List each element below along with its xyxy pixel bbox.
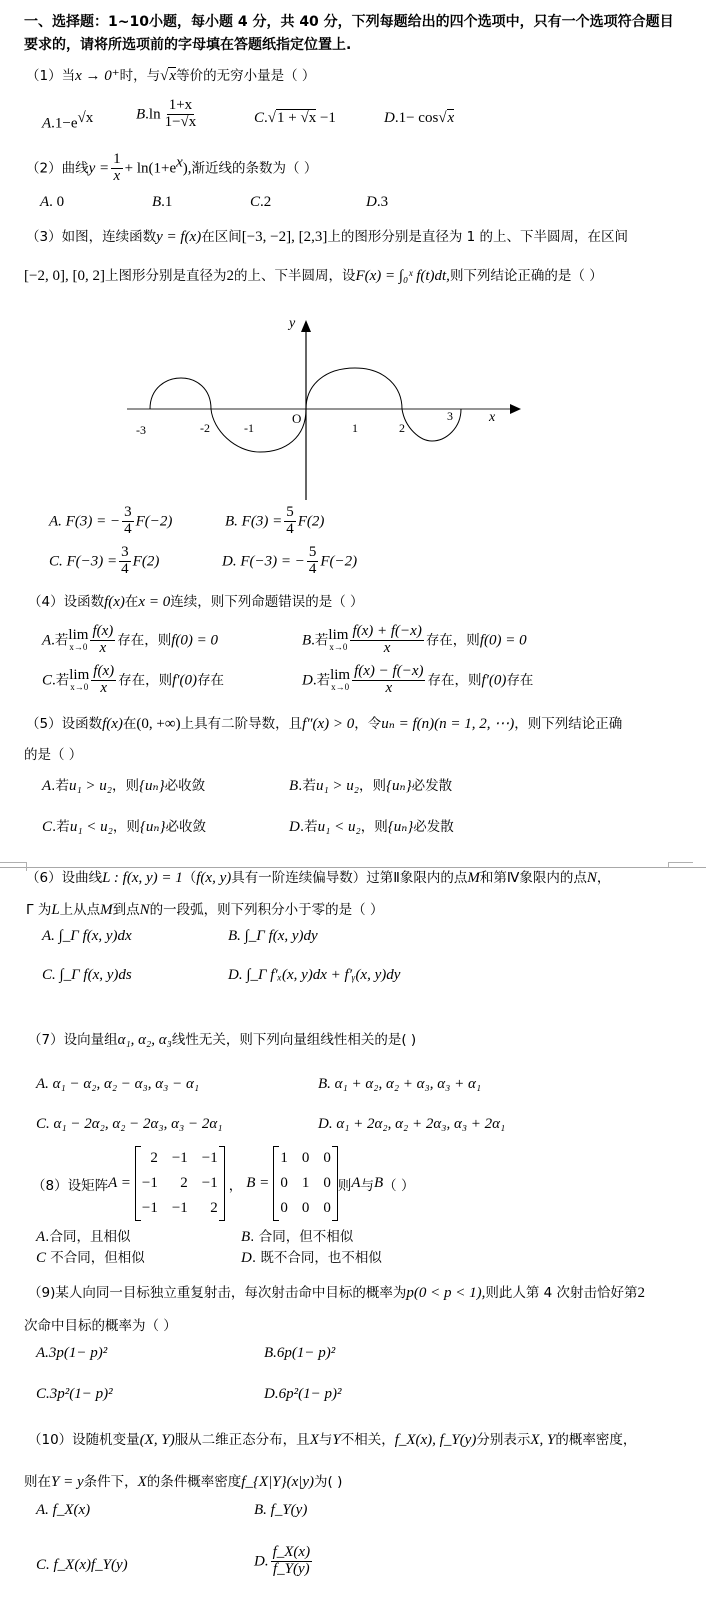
q5-stem-line1: （5）设函数f(x)在(0, +∞)上具有二阶导数，且f″(x) > 0，令uₙ…	[26, 712, 622, 733]
x-axis-arrow-icon	[510, 404, 521, 414]
q9-option-b[interactable]: B.6p(1− p)²	[264, 1345, 335, 1362]
q6-option-a[interactable]: A. ∫_Γ f(x, y)dx	[42, 928, 132, 945]
origin-label: O	[292, 411, 301, 426]
q6-option-c[interactable]: C. ∫_Γ f(x, y)ds	[42, 967, 132, 984]
q6-stem-line1: （6）设曲线L : f(x, y) = 1（f(x, y)具有一阶连续偏导数）过…	[26, 866, 610, 887]
q8-option-d[interactable]: D. 既不合同，也不相似	[241, 1246, 382, 1267]
curve-upper-semicircle-left	[150, 378, 211, 409]
q7-stem: （7）设向量组α₁, α₂, α₃线性无关，则下列向量组线性相关的是( )	[28, 1028, 416, 1049]
q7-option-d[interactable]: D. α₁ + 2α₂, α₂ + 2α₃, α₃ + 2α₁	[318, 1116, 505, 1133]
q10-option-d[interactable]: D.f_X(x)f_Y(y)	[254, 1545, 314, 1578]
tick-label: -1	[244, 421, 254, 435]
x-axis-label: x	[488, 410, 496, 425]
q10-option-c[interactable]: C. f_X(x)f_Y(y)	[36, 1557, 128, 1574]
page-corner-mark-left	[0, 862, 27, 867]
q9-option-c[interactable]: C.3p²(1− p)²	[36, 1386, 113, 1403]
q3-option-a[interactable]: A. F(3) = −34F(−2)	[49, 505, 172, 538]
q8-option-c[interactable]: C 不合同，但相似	[36, 1246, 145, 1267]
q9-stem-line2: 次命中目标的概率为（ ）	[24, 1314, 177, 1334]
q8-stem: （8）设矩阵 A = 2−1−1 −12−1 −1−12 ， B = 100 0…	[32, 1146, 414, 1221]
q10-stem-line2: 则在Y = y条件下，X的条件概率密度f_{X|Y}(x|y)为( )	[24, 1470, 342, 1491]
q7-option-c[interactable]: C. α₁ − 2α₂, α₂ − 2α₃, α₃ − 2α₁	[36, 1116, 222, 1133]
q9-stem-line1: （9)某人向同一目标独立重复射击，每次射击命中目标的概率为p(0 < p < 1…	[28, 1281, 645, 1302]
q4-stem: （4）设函数f(x)在x = 0连续，则下列命题错误的是（ ）	[28, 590, 364, 611]
y-axis-arrow-icon	[301, 320, 311, 332]
q4-option-c[interactable]: C.若limx→0f(x)x存在，则f′(0)存在	[42, 664, 224, 697]
q5-stem-line2: 的是（ ）	[24, 743, 82, 763]
q4-option-b[interactable]: B.若limx→0f(x) + f(−x)x存在，则f(0) = 0	[302, 624, 527, 657]
q3-option-b[interactable]: B. F(3) =54F(2)	[225, 505, 324, 538]
q9-option-d[interactable]: D.6p²(1− p)²	[264, 1386, 341, 1403]
q3-option-c[interactable]: C. F(−3) =34F(2)	[49, 545, 159, 578]
q5-option-b[interactable]: B.若u₁ > u₂，则{uₙ}必发散	[289, 774, 452, 795]
curve-upper-semicircle-right	[306, 368, 402, 409]
q8-option-b[interactable]: B. 合同，但不相似	[241, 1225, 353, 1246]
page-corner-mark-right	[668, 862, 693, 867]
q10-stem-line1: （10）设随机变量(X, Y)服从二维正态分布，且X与Y不相关，f_X(x), …	[28, 1428, 636, 1449]
matrix-b: 100 010 000	[273, 1146, 338, 1221]
q6-option-d[interactable]: D. ∫_Γ f′ₓ(x, y)dx + f′ᵧ(x, y)dy	[228, 967, 400, 984]
q8-option-a[interactable]: A.合同，且相似	[36, 1225, 130, 1246]
tick-label: 3	[447, 409, 453, 423]
y-axis-label: y	[287, 316, 296, 331]
q9-option-a[interactable]: A.3p(1− p)²	[36, 1345, 107, 1362]
q7-option-a[interactable]: A. α₁ − α₂, α₂ − α₃, α₃ − α₁	[36, 1076, 199, 1093]
q3-function-graph: y x O -3 -2 -1 1 2 3	[0, 0, 706, 520]
q5-option-c[interactable]: C.若u₁ < u₂，则{uₙ}必收敛	[42, 815, 206, 836]
tick-label: -2	[200, 421, 210, 435]
q10-option-a[interactable]: A. f_X(x)	[36, 1502, 90, 1519]
tick-label: -3	[136, 423, 146, 437]
q6-option-b[interactable]: B. ∫_Γ f(x, y)dy	[228, 928, 318, 945]
q5-option-d[interactable]: D.若u₁ < u₂，则{uₙ}必发散	[289, 815, 454, 836]
q3-option-d[interactable]: D. F(−3) = −54F(−2)	[222, 545, 357, 578]
q6-stem-line2: Γ 为L上从点M到点N的一段弧，则下列积分小于零的是（ ）	[26, 898, 383, 919]
matrix-a: 2−1−1 −12−1 −1−12	[135, 1146, 225, 1221]
q4-option-a[interactable]: A.若limx→0f(x)x存在，则f(0) = 0	[42, 624, 218, 657]
q7-option-b[interactable]: B. α₁ + α₂, α₂ + α₃, α₃ + α₁	[318, 1076, 481, 1093]
q10-option-b[interactable]: B. f_Y(y)	[254, 1502, 307, 1519]
q5-option-a[interactable]: A.若u₁ > u₂，则{uₙ}必收敛	[42, 774, 205, 795]
tick-label: 2	[399, 421, 405, 435]
tick-label: 1	[352, 421, 358, 435]
q4-option-d[interactable]: D.若limx→0f(x) − f(−x)x存在，则f′(0)存在	[302, 664, 533, 697]
